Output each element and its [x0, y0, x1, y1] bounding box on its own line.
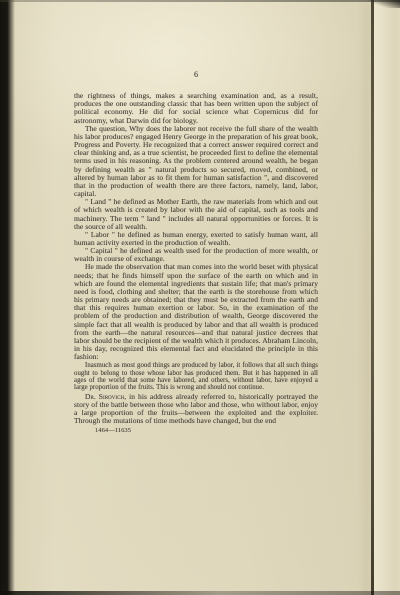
scan-corner-shadow — [366, 0, 400, 8]
print-code: 1464—11635 — [74, 427, 318, 435]
book-gutter-shadow — [0, 0, 15, 595]
scan-top-shadow — [0, 0, 400, 2]
body-paragraph-7: Dr. Sirovich, in his address already ref… — [74, 393, 318, 426]
body-paragraph-5: " Capital " he defined as wealth used fo… — [74, 247, 318, 263]
body-paragraph-6: He made the observation that man comes i… — [74, 263, 318, 361]
scanned-book-page: 6 the rightness of things, makes a searc… — [0, 0, 400, 595]
body-paragraph-3: " Land " he defined as Mother Earth, the… — [74, 198, 318, 231]
scan-bottom-shadow — [0, 591, 400, 595]
page-edge-crease — [371, 0, 374, 595]
body-paragraph-2: The question, Why does the laborer not r… — [74, 125, 318, 198]
lincoln-quote: Inasmuch as most good things are produce… — [74, 362, 318, 391]
body-paragraph-1: the rightness of things, makes a searchi… — [74, 92, 318, 125]
adjacent-page-edge — [374, 0, 400, 595]
page-number: 6 — [74, 71, 318, 79]
text-block: 6 the rightness of things, makes a searc… — [74, 71, 318, 435]
body-paragraph-4: " Labor " he defined as human energy, ex… — [74, 231, 318, 247]
